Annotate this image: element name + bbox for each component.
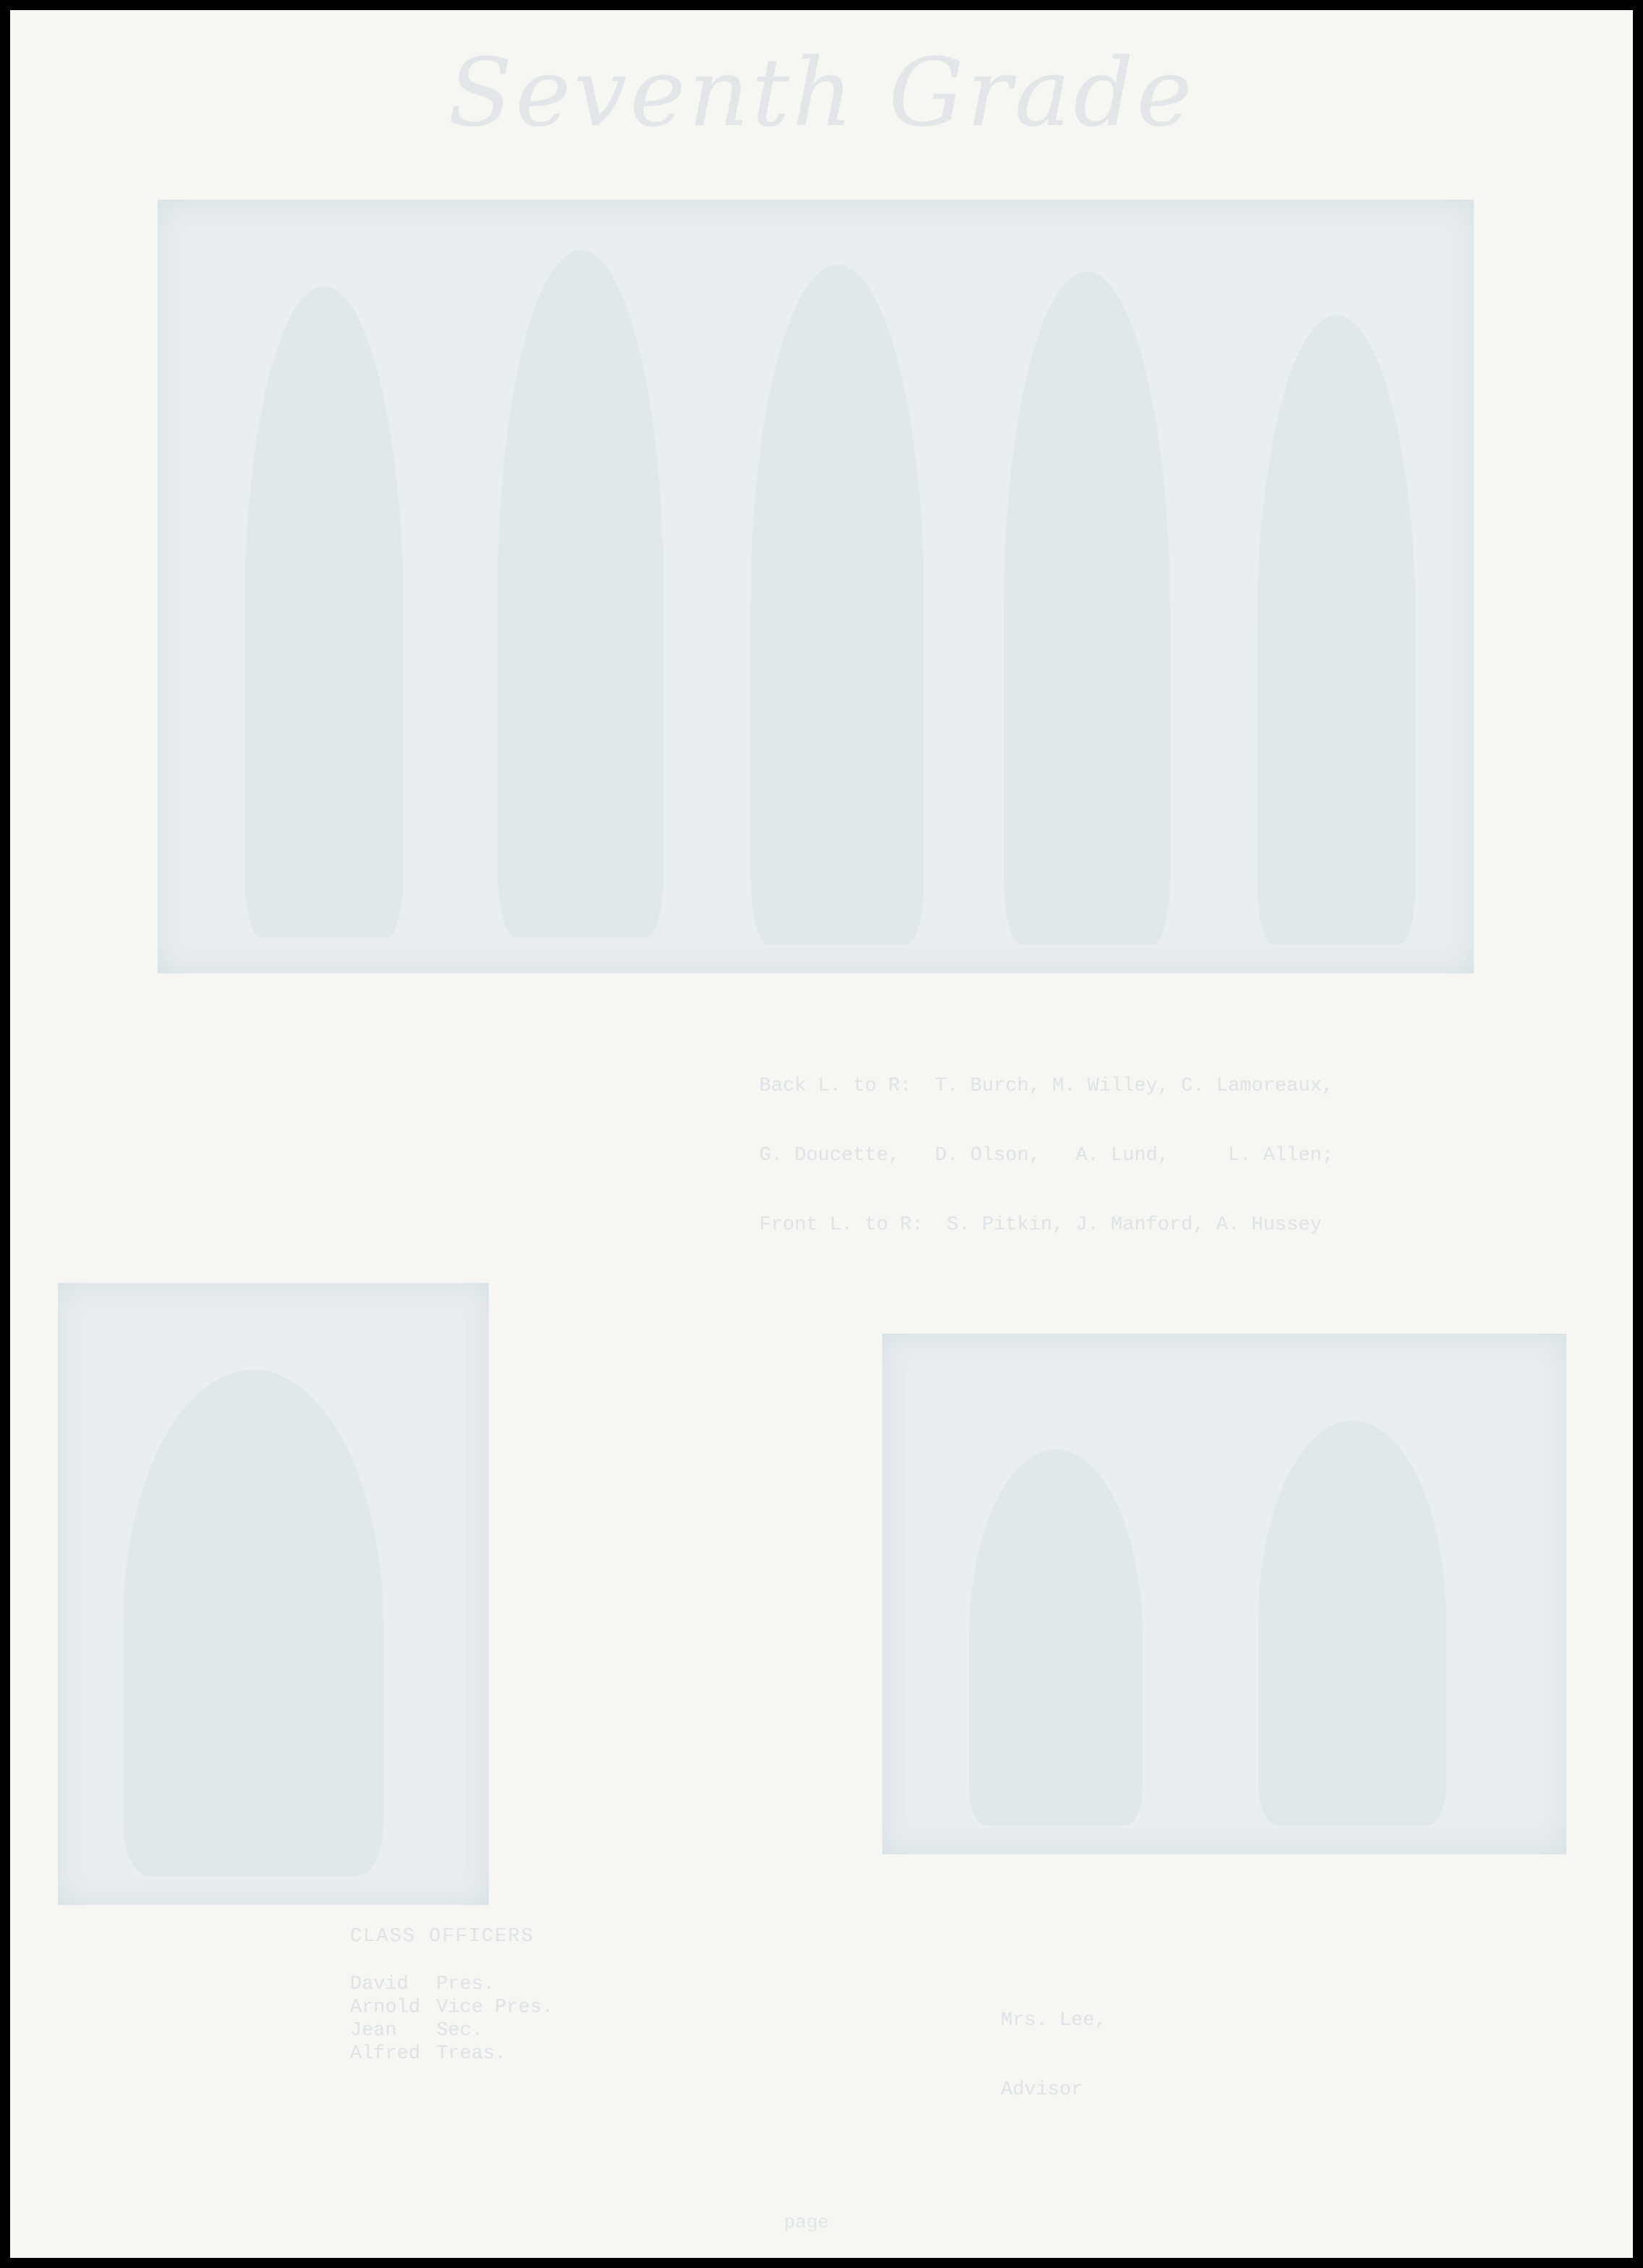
officer-row: Alfred Treas. <box>350 2042 569 2065</box>
officer-row: Jean Sec. <box>350 2019 569 2042</box>
group-photo-caption: Back L. to R: T. Burch, M. Willey, C. La… <box>759 1028 1511 1283</box>
officer-role: Sec. <box>436 2019 569 2042</box>
student-figure <box>244 286 404 937</box>
officer-row: David Pres. <box>350 1973 569 1996</box>
page-title: Seventh Grade <box>10 38 1633 148</box>
officer-name: Arnold <box>350 1996 436 2019</box>
officer-name: Alfred <box>350 2042 436 2065</box>
right-photo <box>882 1334 1566 1854</box>
advisor-note: Mrs. Lee, Advisor <box>1001 1963 1106 2148</box>
officers-table: David Pres. Arnold Vice Pres. Jean Sec. … <box>350 1973 569 2065</box>
student-figure <box>1258 1420 1446 1825</box>
student-figure <box>1257 315 1416 945</box>
student-figure <box>751 265 924 945</box>
student-figure <box>123 1370 383 1876</box>
student-figure <box>498 250 664 937</box>
left-photo <box>58 1283 489 1905</box>
officer-name: David <box>350 1973 436 1996</box>
advisor-title: Advisor <box>1001 2079 1106 2102</box>
officers-heading: CLASS OFFICERS <box>350 1925 569 1948</box>
student-figure <box>1004 272 1170 945</box>
caption-line: Back L. to R: T. Burch, M. Willey, C. La… <box>759 1075 1511 1098</box>
officer-name: Jean <box>350 2019 436 2042</box>
class-officers: CLASS OFFICERS David Pres. Arnold Vice P… <box>350 1925 569 2065</box>
student-figure <box>969 1449 1143 1825</box>
officer-role: Treas. <box>436 2042 569 2065</box>
officer-role: Vice Pres. <box>436 1996 569 2019</box>
caption-line: Front L. to R: S. Pitkin, J. Manford, A.… <box>759 1214 1511 1237</box>
yearbook-page: Seventh Grade Back L. to R: T. Burch, M.… <box>10 10 1633 2258</box>
group-photo <box>158 200 1474 973</box>
officer-row: Arnold Vice Pres. <box>350 1996 569 2019</box>
advisor-name: Mrs. Lee, <box>1001 2009 1106 2032</box>
officer-role: Pres. <box>436 1973 569 1996</box>
caption-line: G. Doucette, D. Olson, A. Lund, L. Allen… <box>759 1144 1511 1167</box>
page-number: page <box>784 2212 829 2233</box>
